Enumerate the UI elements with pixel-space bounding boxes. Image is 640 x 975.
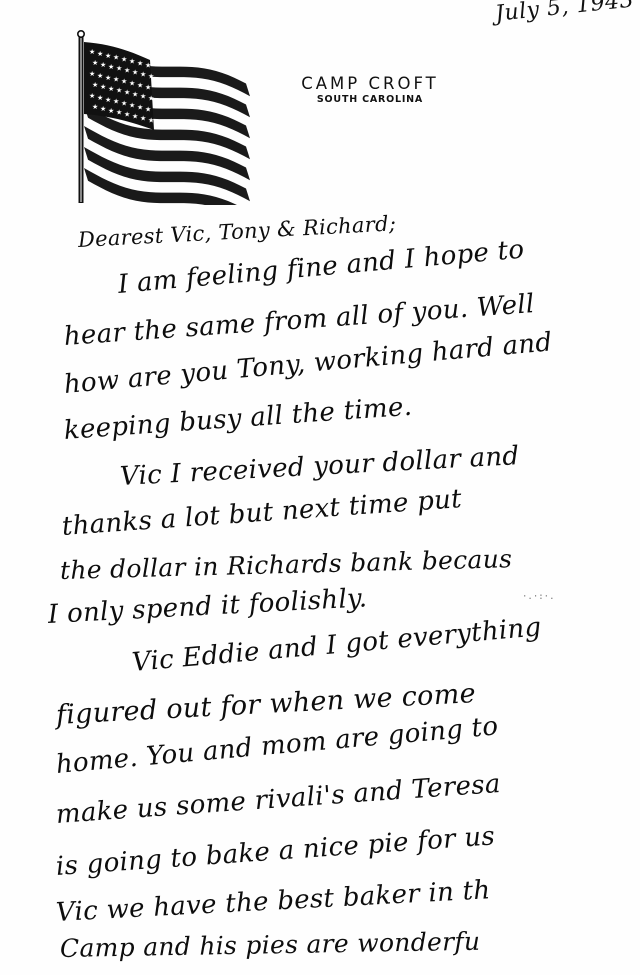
svg-text:★: ★ — [116, 65, 122, 73]
letter-date: July 5, 1943 — [494, 0, 635, 27]
letterhead-subtitle: SOUTH CAROLINA — [280, 94, 460, 106]
svg-text:★: ★ — [137, 59, 143, 67]
svg-text:★: ★ — [140, 114, 146, 122]
svg-text:★: ★ — [137, 81, 143, 89]
svg-text:★: ★ — [121, 100, 127, 108]
svg-text:★: ★ — [132, 113, 138, 121]
ink-speck: ·.·:·. — [522, 592, 555, 602]
svg-text:★: ★ — [97, 94, 103, 102]
svg-text:★: ★ — [132, 69, 138, 77]
svg-text:★: ★ — [113, 98, 119, 106]
svg-text:★: ★ — [145, 105, 151, 113]
svg-text:★: ★ — [97, 50, 103, 58]
svg-text:★: ★ — [129, 58, 135, 66]
svg-text:★: ★ — [105, 74, 111, 82]
svg-text:★: ★ — [145, 83, 151, 91]
svg-text:★: ★ — [100, 61, 106, 69]
letter-line: Vic we have the best baker in th — [55, 875, 491, 928]
letter-line: keeping busy all the time. — [63, 392, 413, 446]
svg-text:★: ★ — [116, 109, 122, 117]
svg-text:★: ★ — [89, 70, 95, 78]
salutation: Dearest Vic, Tony & Richard; — [77, 211, 396, 252]
svg-text:★: ★ — [132, 91, 138, 99]
svg-text:★: ★ — [129, 102, 135, 110]
svg-text:★: ★ — [140, 70, 146, 78]
svg-text:★: ★ — [89, 48, 95, 56]
letter-line: make us some rivali's and Teresa — [55, 769, 502, 830]
svg-text:★: ★ — [137, 103, 143, 111]
svg-text:★: ★ — [124, 111, 130, 119]
svg-text:★: ★ — [113, 76, 119, 84]
svg-text:★: ★ — [100, 105, 106, 113]
letter-line: thanks a lot but next time put — [61, 484, 463, 542]
svg-text:★: ★ — [121, 78, 127, 86]
letterhead-title: CAMP CROFT — [280, 74, 460, 94]
svg-text:★: ★ — [148, 116, 154, 124]
svg-text:★: ★ — [124, 67, 130, 75]
svg-text:★: ★ — [105, 96, 111, 104]
us-flag-icon: ★★★★★★★★★★★★★★★★★★★★★★★★★★★★★★★★★★★★★★★★… — [72, 30, 252, 205]
svg-text:★: ★ — [148, 94, 154, 102]
svg-text:★: ★ — [129, 80, 135, 88]
svg-text:★: ★ — [97, 72, 103, 80]
svg-text:★: ★ — [105, 52, 111, 60]
svg-text:★: ★ — [148, 72, 154, 80]
letter-line: the dollar in Richards bank becaus — [60, 544, 513, 585]
svg-text:★: ★ — [108, 85, 114, 93]
letter-page: July 5, 1943 ★★★★★★★★★★★★★★★★★★★★★★★★★★★… — [0, 0, 640, 975]
letter-line: Camp and his pies are wonderfu — [60, 927, 481, 963]
svg-text:★: ★ — [92, 59, 98, 67]
svg-text:★: ★ — [89, 92, 95, 100]
svg-text:★: ★ — [108, 63, 114, 71]
svg-text:★: ★ — [116, 87, 122, 95]
svg-text:★: ★ — [113, 54, 119, 62]
svg-text:★: ★ — [145, 61, 151, 69]
svg-text:★: ★ — [108, 107, 114, 115]
letter-line: is going to bake a nice pie for us — [55, 821, 496, 882]
svg-text:★: ★ — [100, 83, 106, 91]
svg-text:★: ★ — [140, 92, 146, 100]
letterhead: CAMP CROFT SOUTH CAROLINA — [280, 74, 460, 106]
letter-line: I only spend it foolishly. — [47, 583, 368, 630]
svg-text:★: ★ — [124, 89, 130, 97]
svg-text:★: ★ — [92, 103, 98, 111]
svg-text:★: ★ — [92, 81, 98, 89]
svg-text:★: ★ — [121, 56, 127, 64]
